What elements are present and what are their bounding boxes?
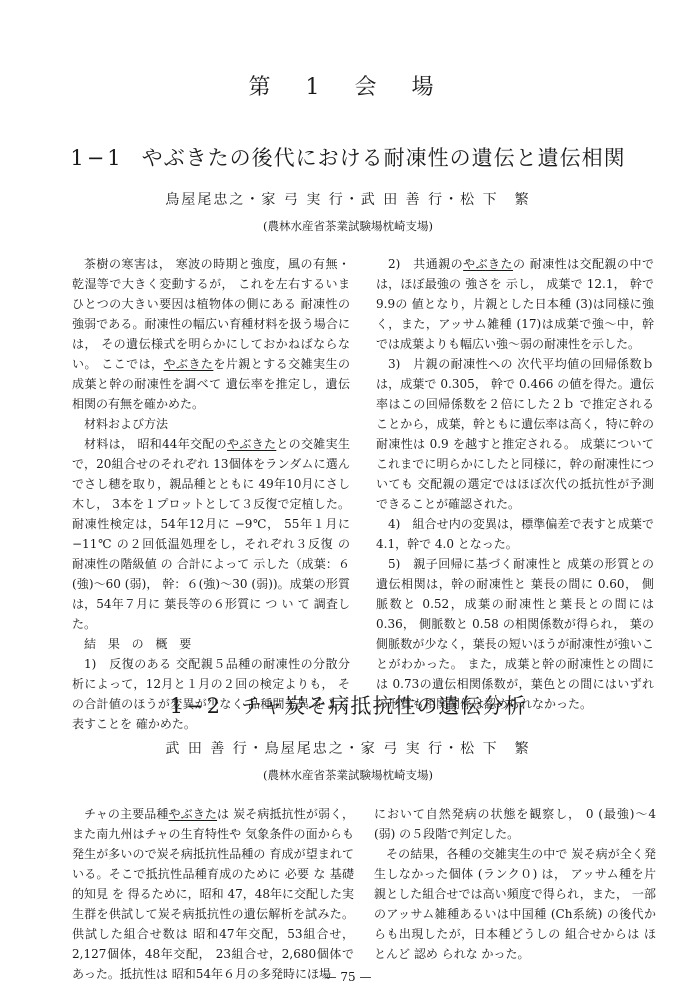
paper-1-results-heading: 結 果 の 概 要 <box>72 634 350 654</box>
paper-1-right-column: 2) 共通親のやぶきたの 耐凍性は交配親の中では，ほぼ最強の 強さを 示し， 成… <box>376 254 654 714</box>
paper-2-number: 1−2 <box>170 694 223 718</box>
paper-1-result-2: 2) 共通親のやぶきたの 耐凍性は交配親の中では，ほぼ最強の 強さを 示し， 成… <box>376 254 654 354</box>
paper-1-methods: 材料は， 昭和44年交配のやぶきたとの交雑実生で，20組合せのそれぞれ 13個体… <box>72 434 350 634</box>
paper-2-authors: 武 田 善 行・鳥屋尾忠之・家 弓 実 行・松 下 繁 <box>0 738 696 758</box>
paper-2-title-text: チャ炭そ病抵抗性の遺伝分析 <box>241 694 526 718</box>
paper-2-title: 1−2チャ炭そ病抵抗性の遺伝分析 <box>0 690 696 720</box>
paper-2-affiliation: (農林水産省茶業試験場枕崎支場) <box>0 767 696 783</box>
paper-1-title: 1−1やぶきたの後代における耐凍性の遺伝と遺伝相関 <box>0 142 696 172</box>
paper-2-method-continued: において自然発病の状態を観察し， 0 (最強)〜4 (弱) の５段階で判定した。 <box>374 804 656 844</box>
paper-1-affiliation: (農林水産省茶業試験場枕崎支場) <box>0 218 696 234</box>
paper-1-left-column: 茶樹の寒害は， 寒波の時期と強度，風の有無・乾湿等で大きく変動するが， これを左… <box>72 254 350 734</box>
paper-1-authors: 鳥屋尾忠之・家 弓 実 行・武 田 善 行・松 下 繁 <box>0 189 696 209</box>
paper-1-title-text: やぶきたの後代における耐凍性の遺伝と遺伝相関 <box>142 146 626 170</box>
paper-2-right-column: において自然発病の状態を観察し， 0 (最強)〜4 (弱) の５段階で判定した。… <box>374 804 656 964</box>
paper-2-result: その結果，各種の交雑実生の中で 炭そ病が全く発生しなかった個体 (ランク０) は… <box>374 844 656 964</box>
paper-1-result-4: 4) 組合せ内の変異は，標準偏差で表すと成葉で 4.1，幹で 4.0 となった。 <box>376 514 654 554</box>
paper-2-left-column: チャの主要品種やぶきたは 炭そ病抵抗性が弱く，また南九州はチャの生育特性や 気象… <box>72 804 354 984</box>
paper-2-intro: チャの主要品種やぶきたは 炭そ病抵抗性が弱く，また南九州はチャの生育特性や 気象… <box>72 804 354 984</box>
paper-1-number: 1−1 <box>70 146 123 170</box>
paper-1-methods-heading: 材料および方法 <box>72 414 350 434</box>
page-number: — 75 — <box>0 970 696 984</box>
paper-1-result-3: 3) 片親の耐凍性への 次代平均値の回帰係数ｂは，成葉で 0.305， 幹で 0… <box>376 354 654 514</box>
venue-heading: 第 1 会 場 <box>0 70 696 101</box>
paper-1-intro: 茶樹の寒害は， 寒波の時期と強度，風の有無・乾湿等で大きく変動するが， これを左… <box>72 254 350 414</box>
